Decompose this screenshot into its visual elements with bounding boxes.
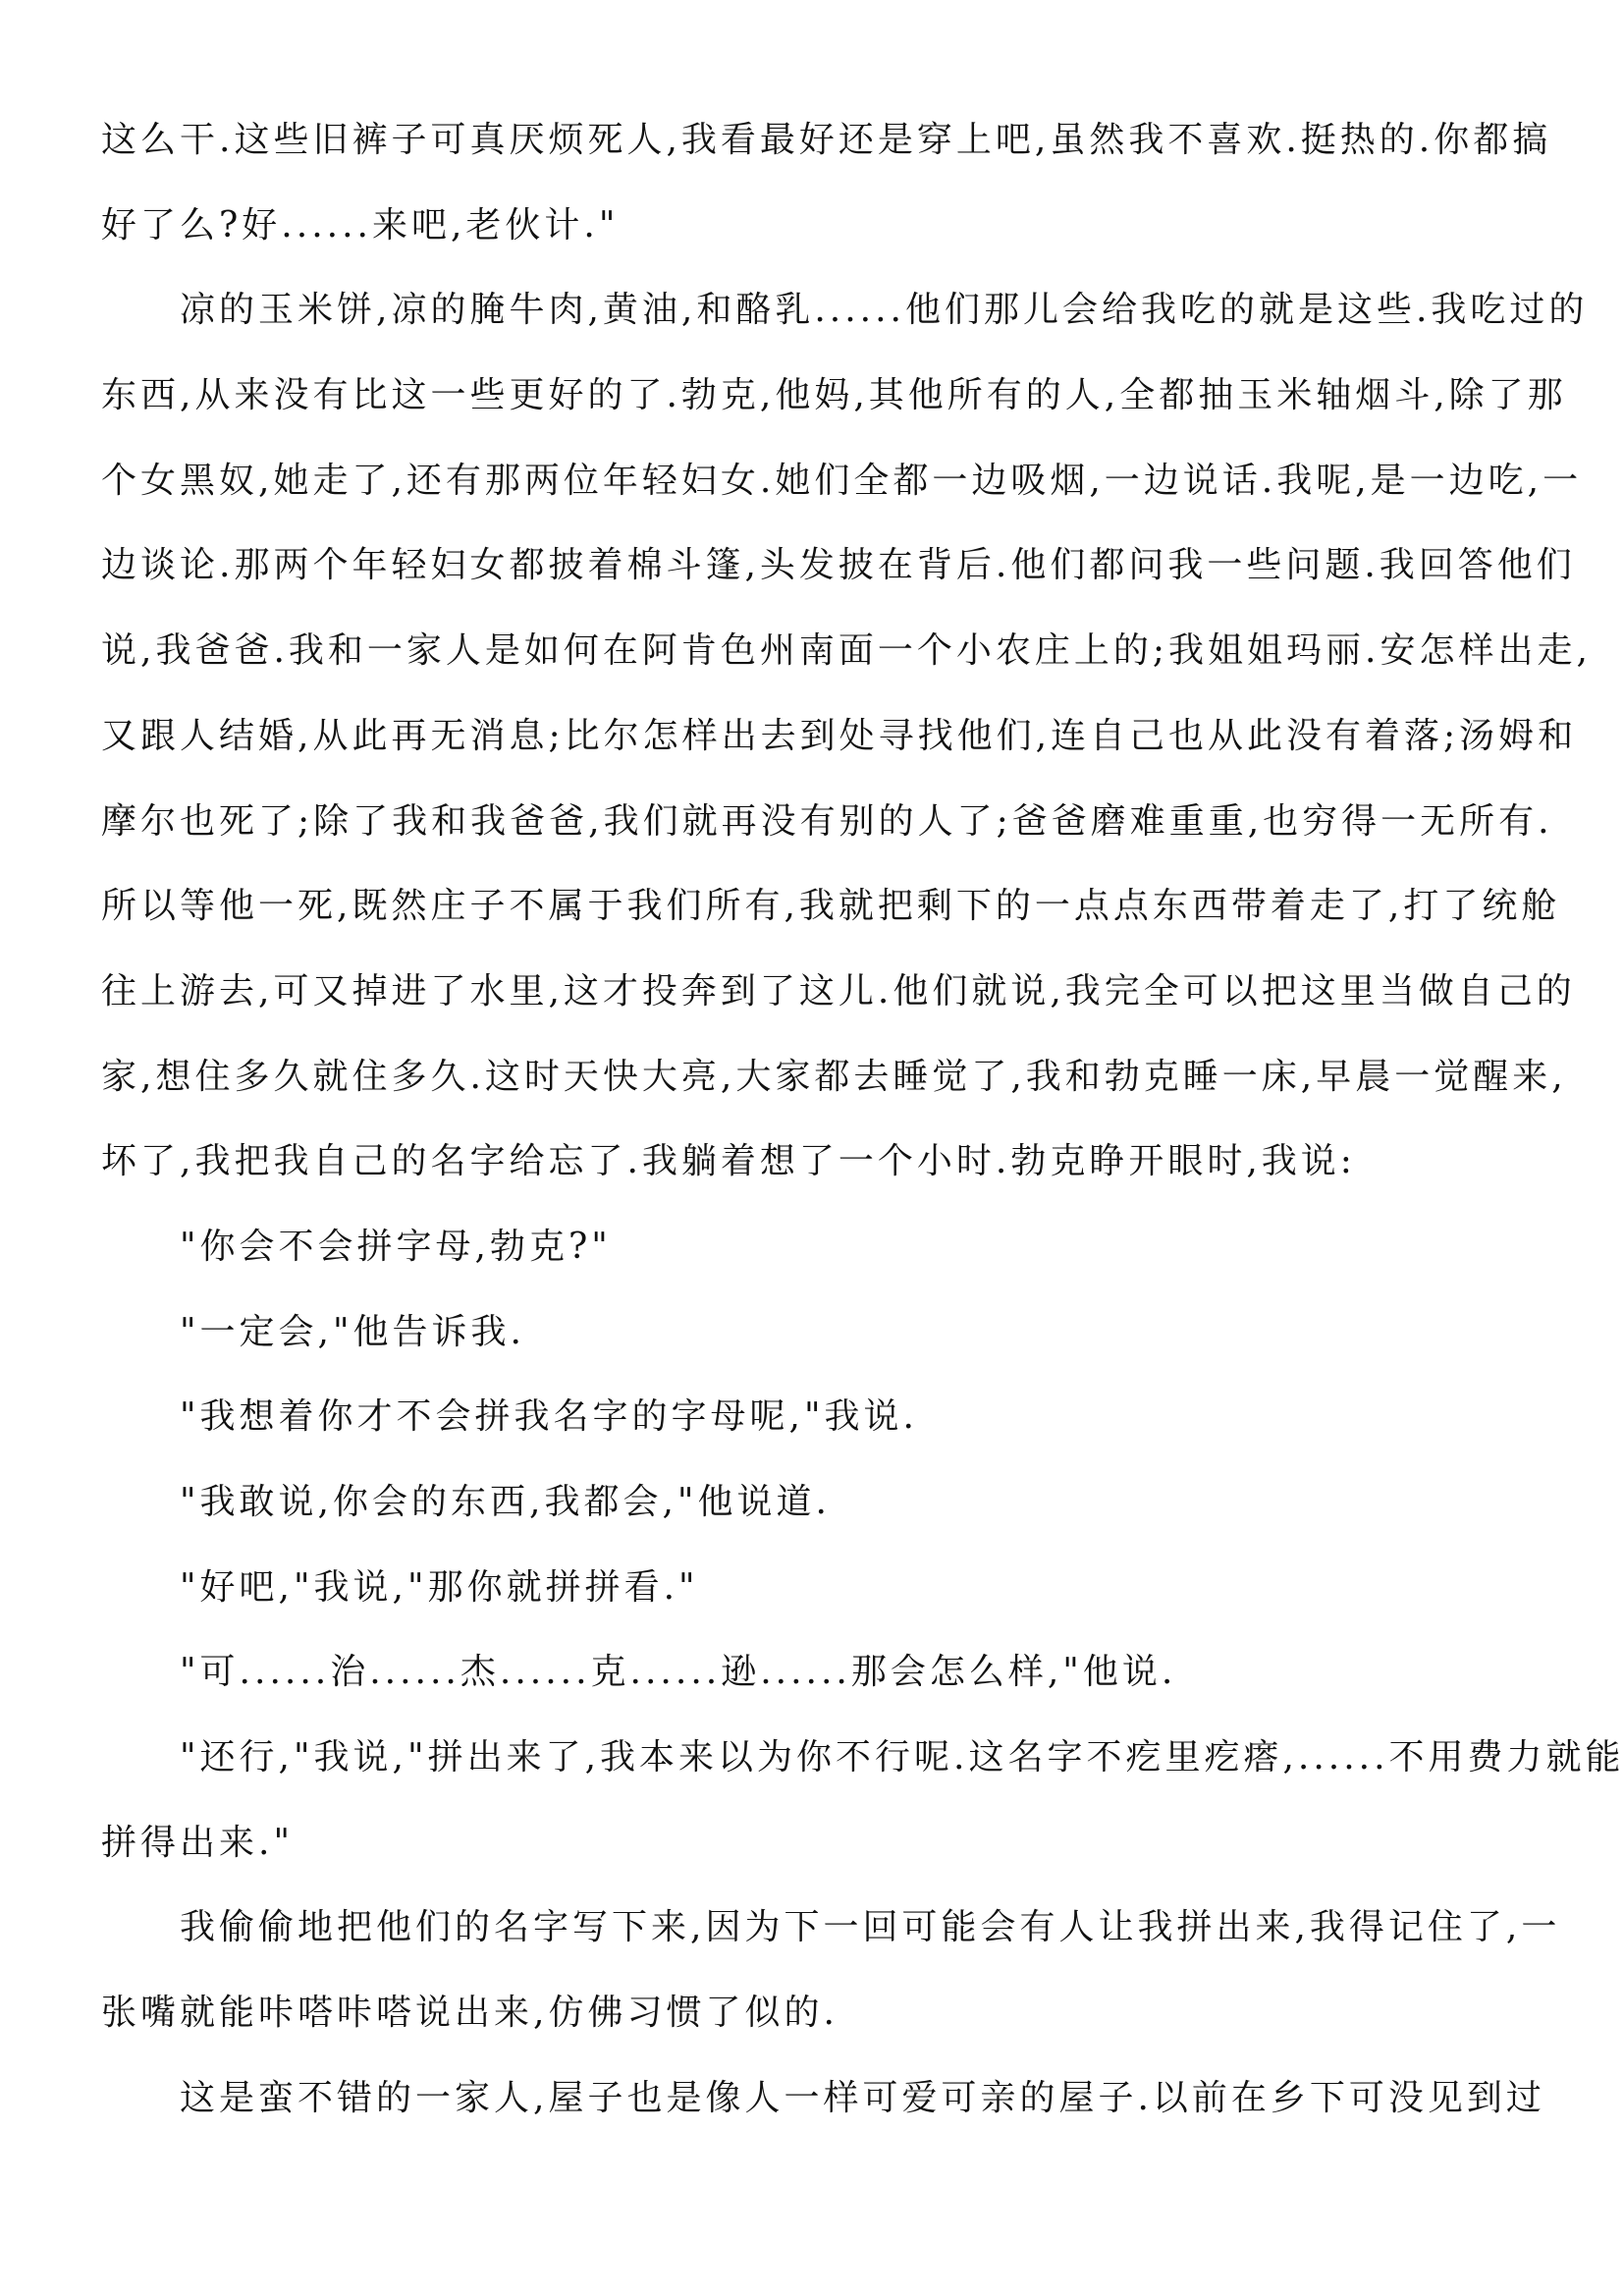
text-line: 凉的玉米饼,凉的腌牛肉,黄油,和酪乳......他们那儿会给我吃的就是这些.我吃… <box>101 268 1527 354</box>
text-line: 拼得出来." <box>101 1801 1527 1886</box>
text-line: 摩尔也死了;除了我和我爸爸,我们就再没有别的人了;爸爸磨难重重,也穷得一无所有. <box>101 780 1527 865</box>
document-page: 这么干.这些旧裤子可真厌烦死人,我看最好还是穿上吧,虽然我不喜欢.挺热的.你都搞… <box>101 98 1527 2142</box>
text-line: 我偷偷地把他们的名字写下来,因为下一回可能会有人让我拼出来,我得记住了,一 <box>101 1886 1527 1971</box>
dialogue-line: "还行,"我说,"拼出来了,我本来以为你不行呢.这名字不疙里疙瘩,......不… <box>101 1716 1527 1801</box>
text-line: 这么干.这些旧裤子可真厌烦死人,我看最好还是穿上吧,虽然我不喜欢.挺热的.你都搞 <box>101 98 1527 184</box>
text-line: 所以等他一死,既然庄子不属于我们所有,我就把剩下的一点点东西带着走了,打了统舱 <box>101 864 1527 950</box>
dialogue-line: "一定会,"他告诉我. <box>101 1290 1527 1376</box>
text-line: 张嘴就能咔嗒咔嗒说出来,仿佛习惯了似的. <box>101 1971 1527 2056</box>
text-line: 好了么?好......来吧,老伙计." <box>101 184 1527 269</box>
text-line: 又跟人结婚,从此再无消息;比尔怎样出去到处寻找他们,连自己也从此没有着落;汤姆和 <box>101 694 1527 780</box>
dialogue-line: "可......治......杰......克......逊......那会怎么… <box>101 1630 1527 1716</box>
dialogue-line: "你会不会拼字母,勃克?" <box>101 1205 1527 1290</box>
text-line: 个女黑奴,她走了,还有那两位年轻妇女.她们全都一边吸烟,一边说话.我呢,是一边吃… <box>101 439 1527 524</box>
text-line: 往上游去,可又掉进了水里,这才投奔到了这儿.他们就说,我完全可以把这里当做自己的 <box>101 950 1527 1035</box>
dialogue-line: "我敢说,你会的东西,我都会,"他说道. <box>101 1460 1527 1546</box>
text-line: 东西,从来没有比这一些更好的了.勃克,他妈,其他所有的人,全都抽玉米轴烟斗,除了… <box>101 354 1527 439</box>
text-line: 坏了,我把我自己的名字给忘了.我躺着想了一个小时.勃克睁开眼时,我说: <box>101 1120 1527 1205</box>
dialogue-line: "好吧,"我说,"那你就拼拼看." <box>101 1546 1527 1631</box>
text-line: 这是蛮不错的一家人,屋子也是像人一样可爱可亲的屋子.以前在乡下可没见到过 <box>101 2056 1527 2142</box>
text-line: 说,我爸爸.我和一家人是如何在阿肯色州南面一个小农庄上的;我姐姐玛丽.安怎样出走… <box>101 609 1527 694</box>
text-line: 边谈论.那两个年轻妇女都披着棉斗篷,头发披在背后.他们都问我一些问题.我回答他们 <box>101 523 1527 609</box>
dialogue-line: "我想着你才不会拼我名字的字母呢,"我说. <box>101 1375 1527 1460</box>
text-line: 家,想住多久就住多久.这时天快大亮,大家都去睡觉了,我和勃克睡一床,早晨一觉醒来… <box>101 1035 1527 1121</box>
